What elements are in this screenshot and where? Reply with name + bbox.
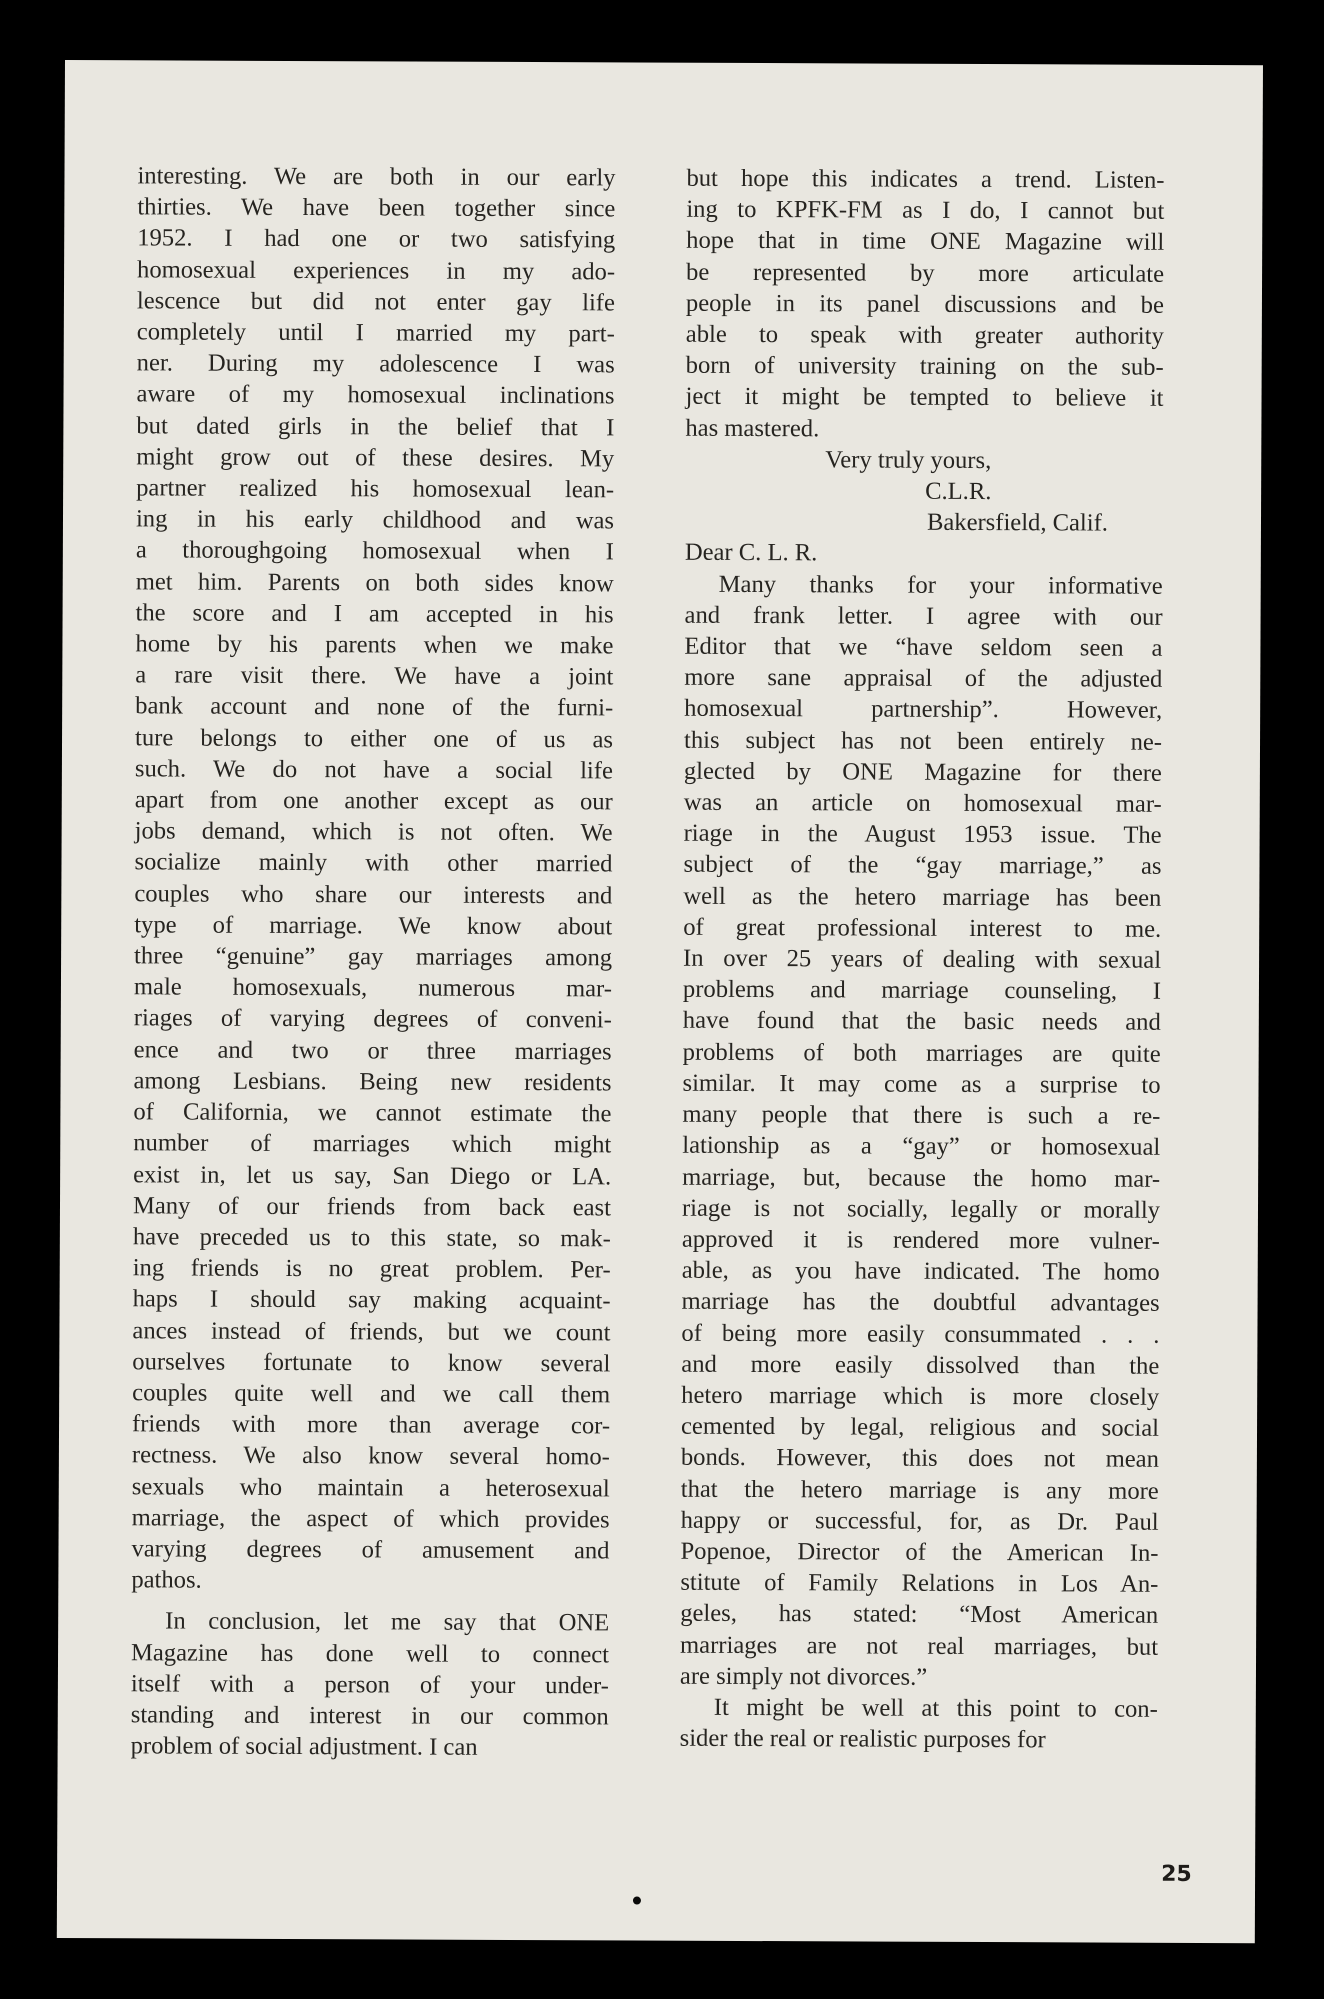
text-line: riages of varying degrees of conveni-: [134, 1003, 612, 1036]
text-line: born of university training on the sub-: [686, 350, 1164, 383]
text-line: was an article on homosexual mar-: [684, 787, 1162, 820]
text-line: home by his parents when we make: [135, 628, 613, 661]
text-line: marriage has the doubtful advantages: [682, 1286, 1160, 1319]
text-line: glected by ONE Magazine for there: [684, 756, 1162, 789]
text-line: aware of my homosexual inclinations: [136, 379, 614, 412]
text-line: Magazine has done well to connect: [131, 1637, 609, 1670]
text-line: a rare visit there. We have a joint: [135, 660, 613, 693]
text-line: ing to KPFK-FM as I do, I cannot but: [686, 194, 1164, 227]
magazine-page: interesting. We are both in our earlythi…: [57, 60, 1263, 1943]
text-line: be represented by more articulate: [686, 256, 1164, 289]
text-line: three “genuine” gay marriages among: [134, 940, 612, 973]
signature-initials: C.L.R.: [685, 475, 1163, 508]
text-line: bonds. However, this does not mean: [681, 1442, 1159, 1475]
text-line: bank account and none of the furni-: [135, 691, 613, 724]
text-line: riage is not socially, legally or morall…: [682, 1192, 1160, 1225]
salutation-text: Dear C. L. R.: [685, 537, 1163, 570]
text-line: ourselves fortunate to know several: [132, 1346, 610, 1379]
letter-continuation-paragraph: but hope this indicates a trend. Listen-…: [685, 163, 1164, 446]
signature-location: Bakersfield, Calif.: [685, 506, 1163, 539]
reply-paragraph-continued: It might be well at this point to con-si…: [680, 1692, 1158, 1756]
text-line: of California, we cannot estimate the: [133, 1096, 611, 1129]
text-line: but dated girls in the belief that I: [136, 410, 614, 443]
reply-paragraph: Many thanks for your informativeand fran…: [680, 568, 1163, 1693]
text-line: are simply not divorces.”: [680, 1660, 1158, 1693]
text-line: and frank letter. I agree with our: [685, 600, 1163, 633]
text-line: Editor that we “have seldom seen a: [684, 631, 1162, 664]
text-line: that the hetero marriage is any more: [681, 1473, 1159, 1506]
text-line: varying degrees of amusement and: [131, 1533, 609, 1566]
text-line: exist in, let us say, San Diego or LA.: [133, 1159, 611, 1192]
text-line: happy or successful, for, as Dr. Paul: [681, 1504, 1159, 1537]
page-number: 25: [1161, 1862, 1192, 1887]
text-line: ing friends is no great problem. Per-: [133, 1252, 611, 1285]
letter-body-paragraph: interesting. We are both in our earlythi…: [131, 160, 615, 1597]
text-line: have preceded us to this state, so mak-: [133, 1221, 611, 1254]
text-line: marriage, but, because the homo mar-: [682, 1161, 1160, 1194]
text-line: the score and I am accepted in his: [136, 597, 614, 630]
text-line: jobs demand, which is not often. We: [135, 816, 613, 849]
text-line: approved it is rendered more vulner-: [682, 1224, 1160, 1257]
text-line: marriages are not real marriages, but: [680, 1629, 1158, 1662]
text-line: met him. Parents on both sides know: [136, 566, 614, 599]
text-line: itself with a person of your under-: [131, 1668, 609, 1701]
text-line: couples quite well and we call them: [132, 1377, 610, 1410]
text-line: It might be well at this point to con-: [680, 1692, 1158, 1725]
text-line: able to speak with greater authority: [686, 319, 1164, 352]
text-line: more sane appraisal of the adjusted: [684, 662, 1162, 695]
text-line: couples who share our interests and: [134, 878, 612, 911]
text-line: lationship as a “gay” or homosexual: [682, 1130, 1160, 1163]
text-line: of being more easily consummated . . .: [681, 1317, 1159, 1350]
text-line: such. We do not have a social life: [135, 753, 613, 786]
text-line: Popenoe, Director of the American In-: [680, 1536, 1158, 1569]
text-line: problem of social adjustment. I can: [131, 1730, 609, 1763]
text-line: people in its panel discussions and be: [686, 288, 1164, 321]
text-line: standing and interest in our common: [131, 1699, 609, 1732]
signature-closing: Very truly yours,: [685, 444, 1163, 477]
text-line: sexuals who maintain a heterosexual: [132, 1471, 610, 1504]
text-line: and more easily dissolved than the: [681, 1348, 1159, 1381]
text-line: homosexual experiences in my ado-: [137, 254, 615, 287]
text-line: partner realized his homosexual lean-: [136, 472, 614, 505]
text-line: ances instead of friends, but we count: [132, 1315, 610, 1348]
binding-dot-mark: [633, 1896, 641, 1904]
text-line: pathos.: [131, 1564, 609, 1597]
text-line: ing in his early childhood and was: [136, 504, 614, 537]
text-line: lescence but did not enter gay life: [137, 285, 615, 318]
text-line: stitute of Family Relations in Los An-: [680, 1567, 1158, 1600]
text-line: hetero marriage which is more closely: [681, 1380, 1159, 1413]
text-line: completely until I married my part-: [137, 316, 615, 349]
left-column: interesting. We are both in our earlythi…: [131, 160, 616, 1763]
text-line: cemented by legal, religious and social: [681, 1411, 1159, 1444]
text-line: this subject has not been entirely ne-: [684, 724, 1162, 757]
text-line: haps I should say making acquaint-: [133, 1284, 611, 1317]
text-line: have found that the basic needs and: [683, 1005, 1161, 1038]
text-line: similar. It may come as a surprise to: [682, 1068, 1160, 1101]
text-line: apart from one another except as our: [135, 784, 613, 817]
text-line: type of marriage. We know about: [134, 909, 612, 942]
text-line: interesting. We are both in our early: [137, 160, 615, 193]
text-line: problems of both marriages are quite: [683, 1036, 1161, 1069]
text-line: might grow out of these desires. My: [136, 441, 614, 474]
text-line: thirties. We have been together since: [137, 192, 615, 225]
text-line: homosexual partnership”. However,: [684, 693, 1162, 726]
text-line: marriage, the aspect of which provides: [132, 1502, 610, 1535]
text-line: number of marriages which might: [133, 1128, 611, 1161]
text-line: ence and two or three marriages: [134, 1034, 612, 1067]
text-line: friends with more than average cor-: [132, 1408, 610, 1441]
text-line: ture belongs to either one of us as: [135, 722, 613, 755]
signature-block: Very truly yours, C.L.R. Bakersfield, Ca…: [685, 444, 1163, 540]
text-line: a thoroughgoing homosexual when I: [136, 535, 614, 568]
text-line: Many of our friends from back east: [133, 1190, 611, 1223]
text-line: problems and marriage counseling, I: [683, 974, 1161, 1007]
text-line: In over 25 years of dealing with sexual: [683, 943, 1161, 976]
text-line: 1952. I had one or two satisfying: [137, 223, 615, 256]
text-line: rectness. We also know several homo-: [132, 1440, 610, 1473]
text-line: ner. During my adolescence I was: [137, 348, 615, 381]
reply-salutation: Dear C. L. R.: [685, 537, 1163, 570]
text-line: well as the hetero marriage has been: [683, 880, 1161, 913]
letter-conclusion-paragraph: In conclusion, let me say that ONEMagazi…: [131, 1606, 610, 1764]
right-column: but hope this indicates a trend. Listen-…: [680, 163, 1165, 1756]
text-line: has mastered.: [685, 412, 1163, 445]
text-line: socialize mainly with other married: [134, 847, 612, 880]
text-line: hope that in time ONE Magazine will: [686, 225, 1164, 258]
text-line: In conclusion, let me say that ONE: [131, 1606, 609, 1639]
text-line: subject of the “gay marriage,” as: [683, 849, 1161, 882]
text-line: sider the real or realistic purposes for: [680, 1723, 1158, 1756]
text-line: male homosexuals, numerous mar-: [134, 972, 612, 1005]
text-line: riage in the August 1953 issue. The: [684, 818, 1162, 851]
text-line: geles, has stated: “Most American: [680, 1598, 1158, 1631]
text-line: of great professional interest to me.: [683, 912, 1161, 945]
text-line: but hope this indicates a trend. Listen-: [686, 163, 1164, 196]
text-line: ject it might be tempted to believe it: [685, 381, 1163, 414]
text-line: Many thanks for your informative: [685, 568, 1163, 601]
text-line: among Lesbians. Being new residents: [133, 1065, 611, 1098]
text-line: able, as you have indicated. The homo: [682, 1255, 1160, 1288]
text-line: many people that there is such a re-: [682, 1099, 1160, 1132]
